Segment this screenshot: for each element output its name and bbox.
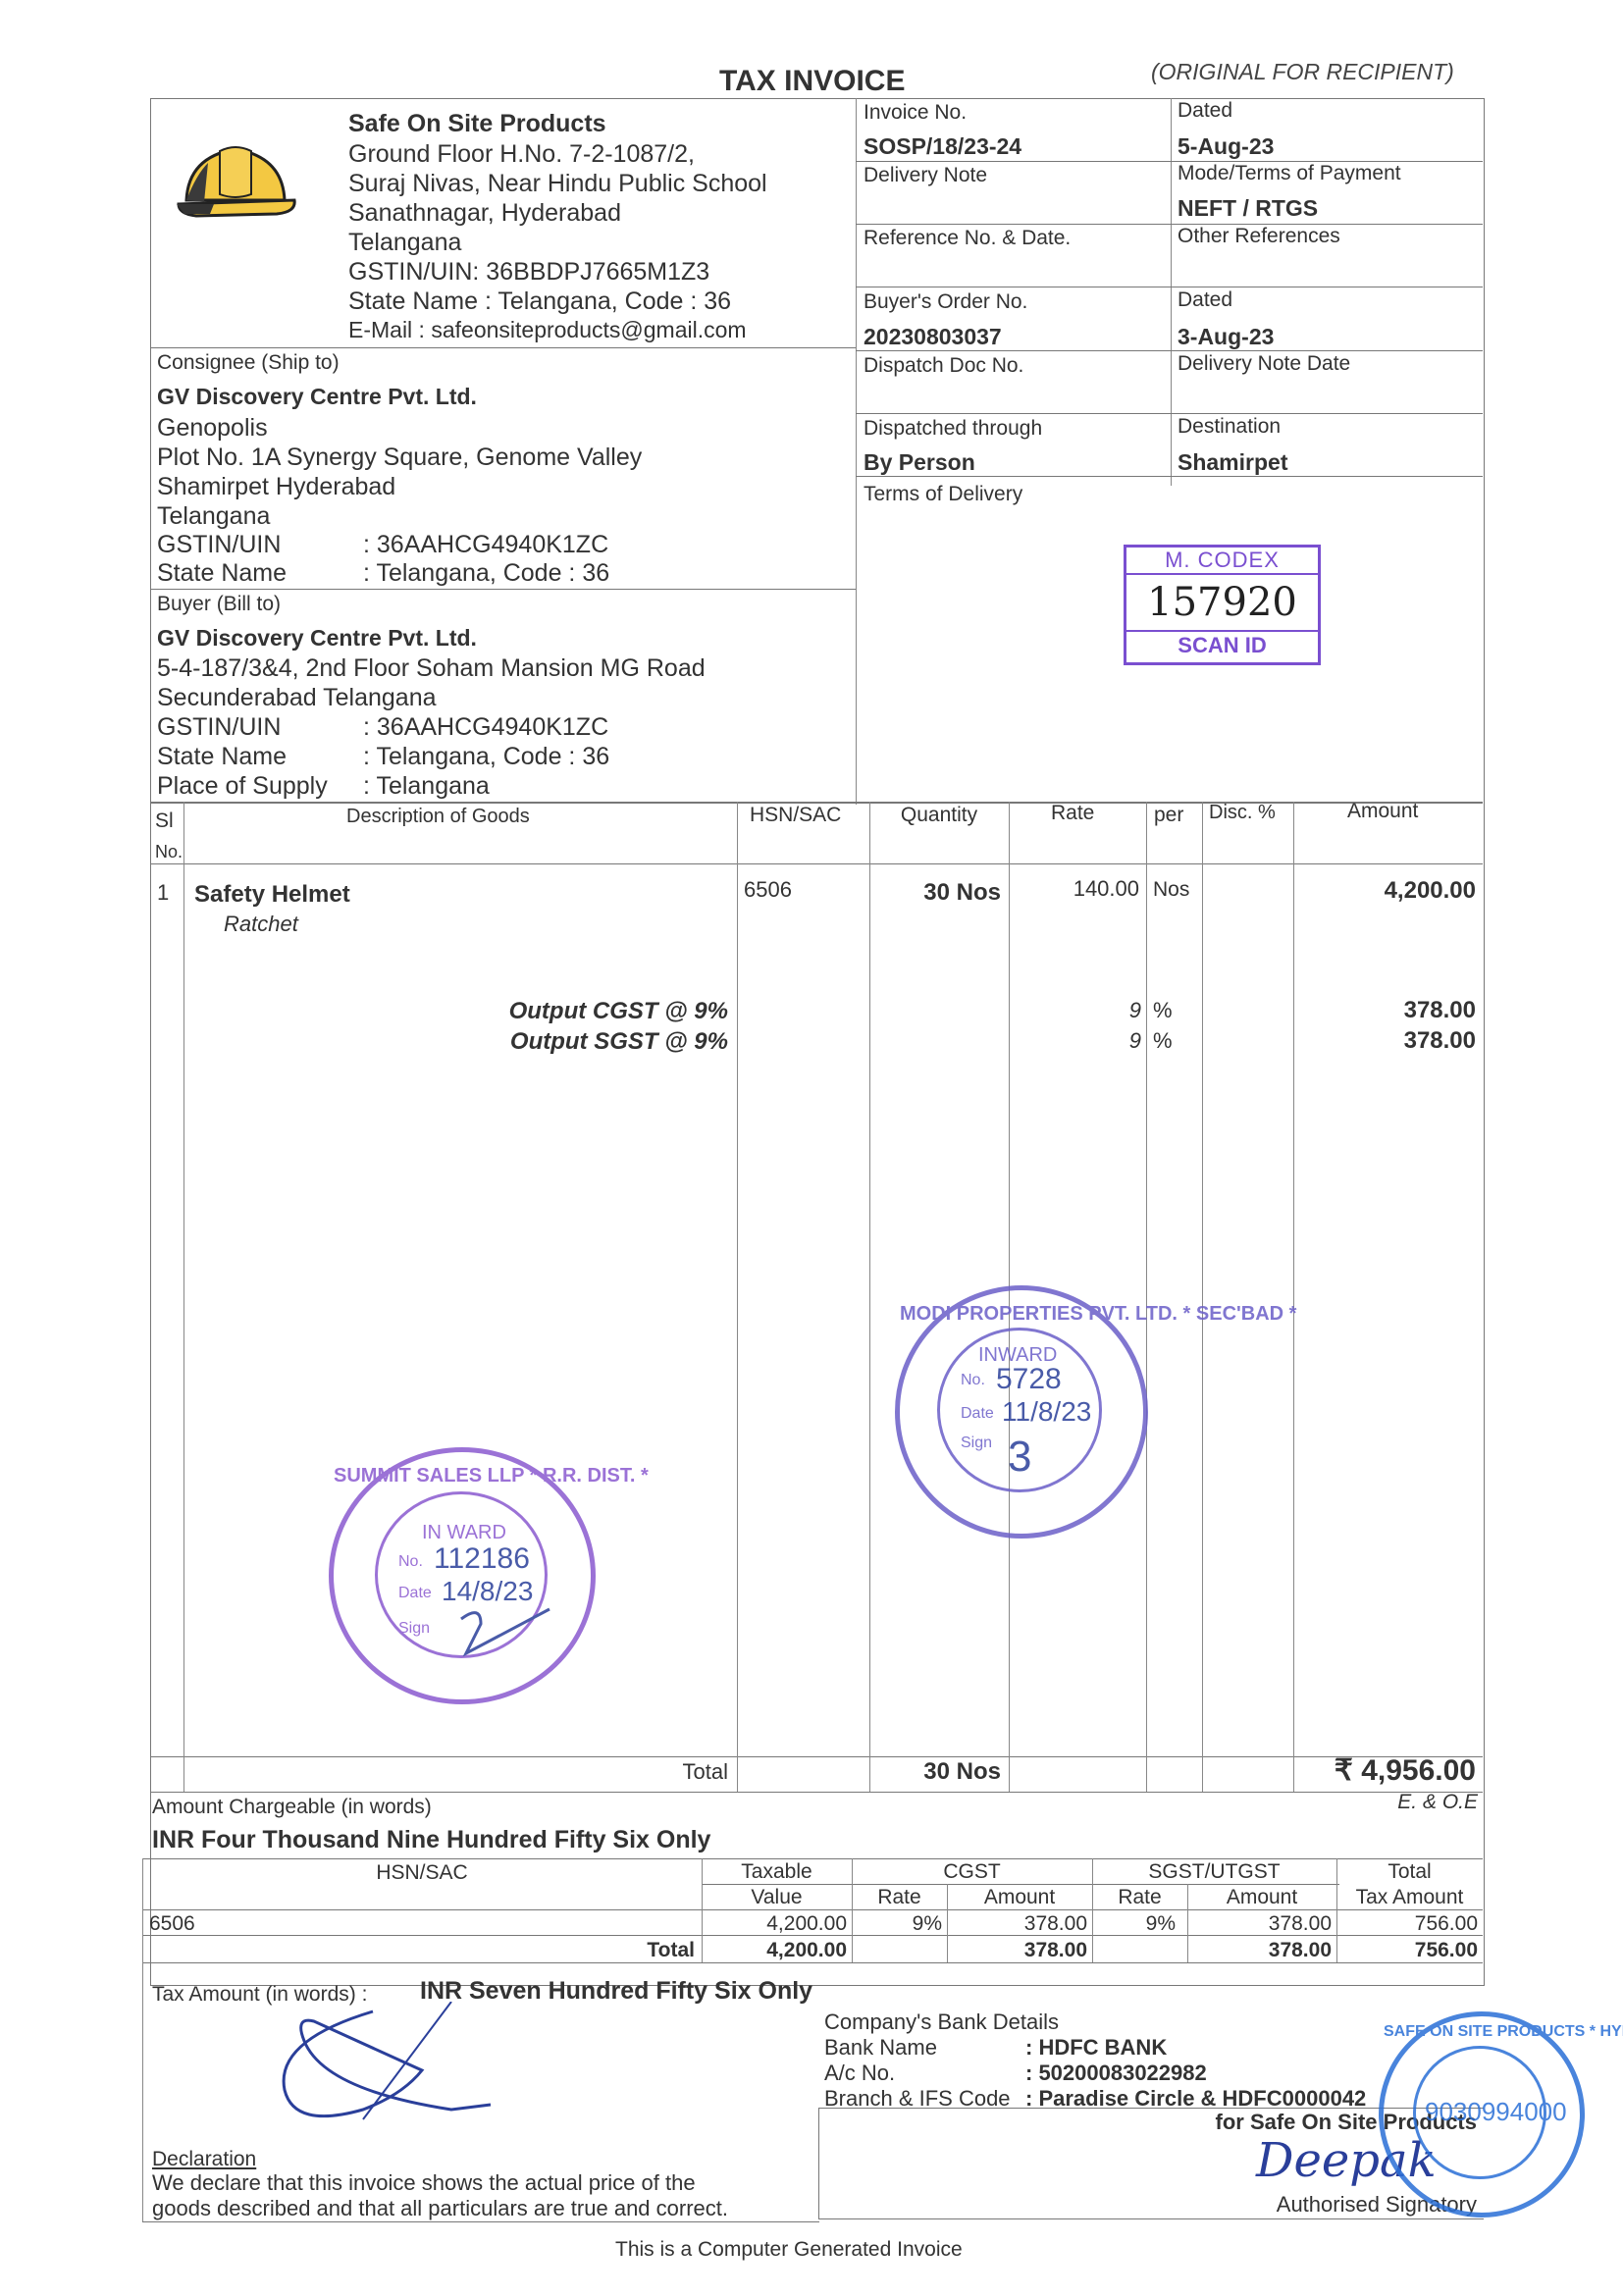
destination: Shamirpet: [1178, 451, 1287, 474]
summit-stamp-inward: IN WARD: [422, 1523, 506, 1542]
modi-inward-date: 11/8/23: [1002, 1398, 1091, 1426]
sgst-per: %: [1153, 1030, 1173, 1052]
summary-cgst-rate: 9%: [852, 1913, 942, 1934]
account-number: : 50200083022982: [1025, 2062, 1207, 2084]
summit-sales-stamp: SUMMIT SALES LLP * R.R. DIST. * IN WARD …: [329, 1447, 596, 1704]
modi-date-label: Date: [961, 1406, 994, 1422]
amount-in-words: INR Four Thousand Nine Hundred Fifty Six…: [152, 1828, 710, 1852]
buyer-order-label: Buyer's Order No.: [864, 291, 1027, 312]
item-rate: 140.00: [1011, 878, 1139, 900]
company-seal-phone: 9030994000: [1425, 2099, 1567, 2124]
sgst-label: Output SGST @ 9%: [393, 1030, 728, 1054]
consignee-name: GV Discovery Centre Pvt. Ltd.: [157, 386, 477, 408]
summary-sgst-amount: 378.00: [1187, 1913, 1332, 1934]
other-references-label: Other References: [1178, 226, 1340, 246]
cgst-amount: 378.00: [1295, 999, 1476, 1022]
summary-sgst-header: SGST/UTGST: [1092, 1861, 1336, 1882]
bank-details-title: Company's Bank Details: [824, 2011, 1059, 2033]
summit-sign-check-icon: [451, 1599, 559, 1658]
consignee-gstin-label: GSTIN/UIN: [157, 533, 281, 557]
consignee-address-4: Telangana: [157, 504, 270, 529]
seller-address-2: Suraj Nivas, Near Hindu Public School: [348, 172, 767, 196]
consignee-address-3: Shamirpet Hyderabad: [157, 475, 395, 499]
codex-stamp-footer: SCAN ID: [1126, 630, 1318, 657]
modi-sign-label: Sign: [961, 1435, 992, 1451]
buyer-gstin: : 36AAHCG4940K1ZC: [363, 715, 608, 740]
modi-sign: 3: [1008, 1435, 1031, 1479]
summary-total-sgst: 378.00: [1187, 1940, 1332, 1960]
cgst-per: %: [1153, 1000, 1173, 1021]
seller-gstin: GSTIN/UIN: 36BBDPJ7665M1Z3: [348, 260, 709, 285]
terms-of-delivery-label: Terms of Delivery: [864, 484, 1022, 504]
col-description-header: Description of Goods: [346, 807, 530, 826]
buyer-order-date: 3-Aug-23: [1178, 326, 1274, 348]
summary-taxable-header: Taxable: [702, 1861, 852, 1882]
seller-state: State Name : Telangana, Code : 36: [348, 289, 731, 314]
buyer-name: GV Discovery Centre Pvt. Ltd.: [157, 627, 477, 650]
summary-total-tax: 756.00: [1336, 1913, 1478, 1934]
summit-inward-no: 112186: [434, 1544, 530, 1574]
col-hsn-header: HSN/SAC: [750, 805, 841, 825]
cgst-label: Output CGST @ 9%: [393, 1000, 728, 1023]
payment-mode: NEFT / RTGS: [1178, 197, 1318, 220]
invoice-no-label: Invoice No.: [864, 102, 967, 123]
copy-label: (ORIGINAL FOR RECIPIENT): [1151, 61, 1454, 83]
buyer-state-label: State Name: [157, 745, 287, 769]
sgst-amount: 378.00: [1295, 1029, 1476, 1053]
summary-hsn: 6506: [149, 1913, 195, 1934]
eoe-label: E. & O.E: [1276, 1792, 1478, 1812]
buyer-order-no: 20230803037: [864, 326, 1002, 348]
summary-cgst-amount: 378.00: [947, 1913, 1087, 1934]
summary-total-tax-amount: 756.00: [1336, 1940, 1478, 1960]
invoice-no: SOSP/18/23-24: [864, 135, 1021, 158]
destination-label: Destination: [1178, 416, 1281, 437]
summit-sign-label: Sign: [398, 1621, 430, 1637]
summary-total-header-2: Tax Amount: [1336, 1887, 1483, 1907]
consignee-gstin: : 36AAHCG4940K1ZC: [363, 533, 608, 557]
summit-date-label: Date: [398, 1586, 432, 1601]
place-of-supply-label: Place of Supply: [157, 774, 328, 799]
cgst-rate: 9: [1011, 1000, 1141, 1021]
hard-hat-icon: [175, 135, 302, 224]
footer-note: This is a Computer Generated Invoice: [615, 2239, 963, 2260]
items-total-label: Total: [589, 1761, 728, 1783]
declaration-title: Declaration: [152, 2149, 256, 2169]
buyer-label: Buyer (Bill to): [157, 594, 281, 614]
codex-scan-id: 157920: [1126, 575, 1318, 630]
dispatch-doc-label: Dispatch Doc No.: [864, 355, 1023, 376]
dispatched-through: By Person: [864, 451, 975, 474]
payment-label: Mode/Terms of Payment: [1178, 163, 1401, 183]
modi-inward-no: 5728: [996, 1365, 1062, 1394]
summary-total-cgst: 378.00: [947, 1940, 1087, 1960]
col-amount-header: Amount: [1347, 801, 1418, 821]
summary-total-header: Total: [1336, 1861, 1483, 1882]
amount-words-label: Amount Chargeable (in words): [152, 1797, 432, 1817]
summary-total-taxable: 4,200.00: [702, 1940, 847, 1960]
buyer-address-2: Secunderabad Telangana: [157, 686, 437, 710]
declaration-line-2: goods described and that all particulars…: [152, 2198, 728, 2219]
summary-taxable: 4,200.00: [702, 1913, 847, 1934]
buyer-order-dated-label: Dated: [1178, 289, 1232, 310]
delivery-note-date-label: Delivery Note Date: [1178, 353, 1350, 374]
dispatched-through-label: Dispatched through: [864, 418, 1042, 439]
col-sl-header-2: No.: [155, 843, 183, 861]
item-quantity: 30 Nos: [873, 881, 1001, 905]
modi-no-label: No.: [961, 1373, 985, 1388]
company-seal-ring-text: SAFE ON SITE PRODUCTS * HYDERABAD *: [1384, 2024, 1580, 2040]
consignee-state-label: State Name: [157, 561, 287, 586]
delivery-note-label: Delivery Note: [864, 165, 987, 185]
authorised-signatory-label: Authorised Signatory: [883, 2194, 1477, 2216]
item-amount: 4,200.00: [1295, 879, 1476, 903]
buyer-state: : Telangana, Code : 36: [363, 745, 609, 769]
place-of-supply: : Telangana: [363, 774, 490, 799]
col-per-header: per: [1154, 805, 1183, 825]
col-rate-header: Rate: [1051, 803, 1094, 823]
modi-properties-stamp: MODI PROPERTIES PVT. LTD. * SEC'BAD * IN…: [895, 1285, 1148, 1539]
item-per: Nos: [1153, 879, 1189, 900]
codex-stamp-title: M. CODEX: [1126, 548, 1318, 575]
item-sl: 1: [157, 882, 169, 904]
seller-logo: [175, 135, 302, 224]
seller-name: Safe On Site Products: [348, 112, 606, 136]
consignee-state: : Telangana, Code : 36: [363, 561, 609, 586]
consignee-label: Consignee (Ship to): [157, 352, 340, 373]
summary-sgst-rate: 9%: [1092, 1913, 1176, 1934]
col-quantity-header: Quantity: [873, 805, 1005, 825]
summary-taxable-header-2: Value: [702, 1887, 852, 1907]
item-hsn: 6506: [744, 879, 792, 901]
signature-scribble-icon: [255, 2002, 510, 2129]
col-sl-header: Sl: [155, 810, 174, 831]
codex-scan-stamp: M. CODEX 157920 SCAN ID: [1124, 545, 1321, 665]
seller-address-4: Telangana: [348, 231, 461, 255]
summary-sgst-amount-header: Amount: [1187, 1887, 1336, 1907]
buyer-gstin-label: GSTIN/UIN: [157, 715, 281, 740]
summary-cgst-header: CGST: [852, 1861, 1092, 1882]
consignee-address-2: Plot No. 1A Synergy Square, Genome Valle…: [157, 445, 642, 470]
account-label: A/c No.: [824, 2062, 895, 2084]
bank-name: : HDFC BANK: [1025, 2037, 1167, 2059]
tax-in-words: INR Seven Hundred Fifty Six Only: [420, 1979, 812, 2004]
consignee-address-1: Genopolis: [157, 416, 268, 441]
sgst-rate: 9: [1011, 1030, 1141, 1052]
invoice-date: 5-Aug-23: [1178, 135, 1274, 158]
summary-cgst-amount-header: Amount: [947, 1887, 1092, 1907]
items-total-quantity: 30 Nos: [873, 1760, 1001, 1784]
branch-label: Branch & IFS Code: [824, 2088, 1011, 2110]
company-seal-stamp: SAFE ON SITE PRODUCTS * HYDERABAD * 9030…: [1379, 2011, 1585, 2218]
page-title: TAX INVOICE: [719, 67, 905, 96]
seller-address-1: Ground Floor H.No. 7-2-1087/2,: [348, 142, 695, 167]
summary-sgst-rate-header: Rate: [1092, 1887, 1187, 1907]
declaration-line-1: We declare that this invoice shows the a…: [152, 2172, 696, 2194]
modi-stamp-ring-text: MODI PROPERTIES PVT. LTD. * SEC'BAD *: [900, 1304, 1143, 1324]
col-disc-header: Disc. %: [1209, 803, 1276, 822]
dated-label: Dated: [1178, 100, 1232, 121]
reference-label: Reference No. & Date.: [864, 228, 1071, 248]
summit-stamp-ring-text: SUMMIT SALES LLP * R.R. DIST. *: [334, 1466, 591, 1486]
items-total-amount: ₹ 4,956.00: [1295, 1756, 1476, 1786]
summary-total-label: Total: [491, 1940, 695, 1960]
invoice-frame: [150, 98, 1485, 1986]
branch-ifsc: : Paradise Circle & HDFC0000042: [1025, 2088, 1366, 2110]
modi-stamp-inward: INWARD: [978, 1345, 1057, 1365]
bank-name-label: Bank Name: [824, 2037, 937, 2059]
summary-cgst-rate-header: Rate: [852, 1887, 947, 1907]
seller-email: E-Mail : safeonsiteproducts@gmail.com: [348, 319, 747, 341]
seller-address-3: Sanathnagar, Hyderabad: [348, 201, 621, 226]
summit-no-label: No.: [398, 1554, 423, 1570]
summary-hsn-header: HSN/SAC: [142, 1862, 702, 1883]
buyer-address-1: 5-4-187/3&4, 2nd Floor Soham Mansion MG …: [157, 656, 706, 681]
item-description: Safety Helmet: [194, 883, 350, 907]
item-sub-description: Ratchet: [224, 913, 298, 935]
